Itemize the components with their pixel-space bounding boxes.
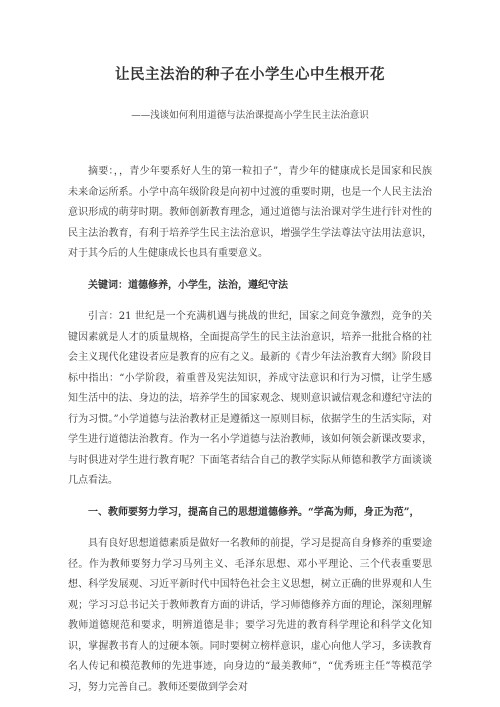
abstract-paragraph: 摘要：，，青少年要系好人生的第一粒扣子”，青少年的健康成长是国家和民族未来命运所… (68, 162, 432, 265)
section-1-body-paragraph: 具有良好思想道德素质是做好一名教师的前提，学习是提高自身修养的重要途径。作为教师… (68, 534, 432, 698)
keywords-line: 关键词：道德修养，小学生，法治，遵纪守法 (68, 276, 432, 297)
document-title: 让民主法治的种子在小学生心中生根开花 (68, 64, 432, 86)
section-1-heading: 一、教师要努力学习，提高自己的思想道德修养。“学高为师，身正为范”， (68, 503, 432, 524)
introduction-paragraph: 引言：21 世纪是一个充满机遇与挑战的世纪，国家之间竞争激烈，竞争的关键因素就是… (68, 307, 432, 492)
document-subtitle: ——浅谈如何利用道德与法治课提高小学生民主法治意识 (68, 109, 432, 123)
document-page: 让民主法治的种子在小学生心中生根开花 ——浅谈如何利用道德与法治课提高小学生民主… (0, 0, 500, 707)
